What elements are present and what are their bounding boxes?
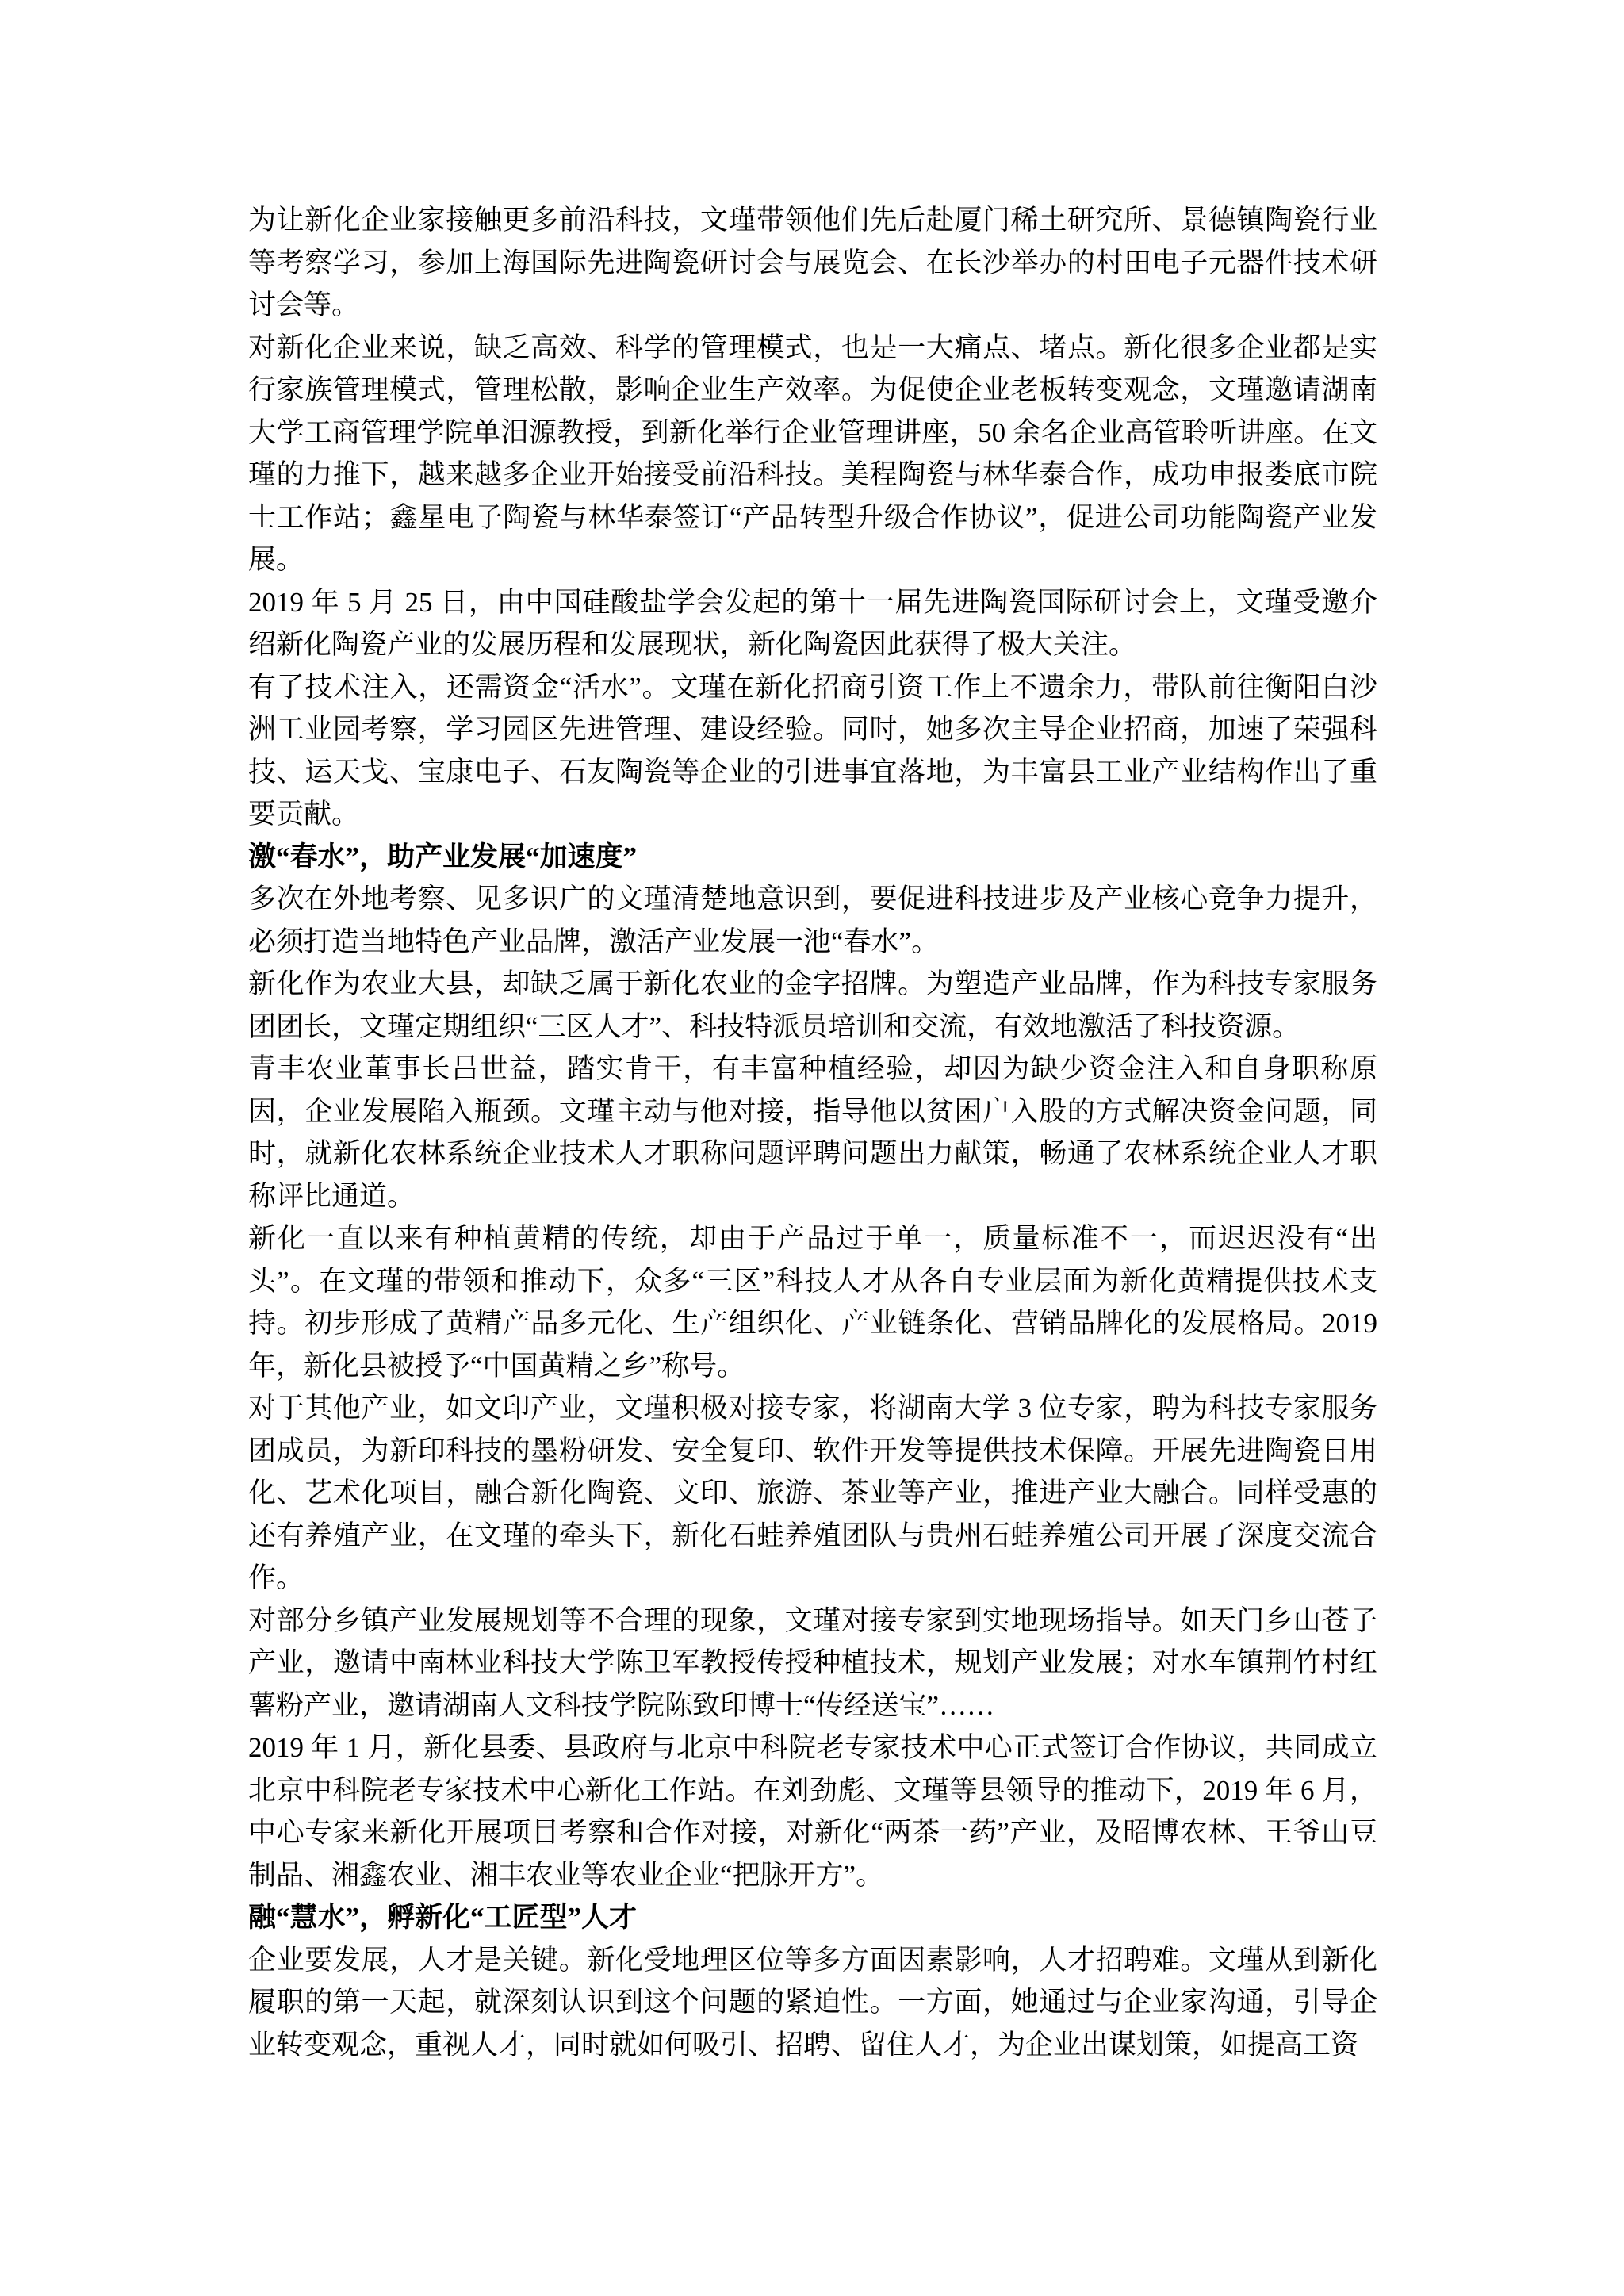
- body-paragraph: 新化作为农业大县，却缺乏属于新化农业的金字招牌。为塑造产业品牌，作为科技专家服务…: [248, 963, 1377, 1048]
- body-paragraph: 多次在外地考察、见多识广的文瑾清楚地意识到，要促进科技进步及产业核心竞争力提升，…: [248, 878, 1377, 963]
- body-paragraph: 有了技术注入，还需资金“活水”。文瑾在新化招商引资工作上不遗余力，带队前往衡阳白…: [248, 666, 1377, 836]
- body-paragraph: 对部分乡镇产业发展规划等不合理的现象，文瑾对接专家到实地现场指导。如天门乡山苍子…: [248, 1600, 1377, 1727]
- body-paragraph: 企业要发展，人才是关键。新化受地理区位等多方面因素影响，人才招聘难。文瑾从到新化…: [248, 1939, 1377, 2067]
- body-paragraph: 对新化企业来说，缺乏高效、科学的管理模式，也是一大痛点、堵点。新化很多企业都是实…: [248, 327, 1377, 581]
- document-content: 为让新化企业家接触更多前沿科技，文瑾带领他们先后赴厦门稀土研究所、景德镇陶瓷行业…: [248, 199, 1377, 2066]
- body-paragraph: 为让新化企业家接触更多前沿科技，文瑾带领他们先后赴厦门稀土研究所、景德镇陶瓷行业…: [248, 199, 1377, 327]
- section-heading: 激“春水”，助产业发展“加速度”: [248, 836, 1377, 879]
- section-heading: 融“慧水”，孵新化“工匠型”人才: [248, 1896, 1377, 1939]
- body-paragraph: 青丰农业董事长吕世益，踏实肯干，有丰富种植经验，却因为缺少资金注入和自身职称原因…: [248, 1048, 1377, 1217]
- body-paragraph: 2019 年 1 月，新化县委、县政府与北京中科院老专家技术中心正式签订合作协议…: [248, 1727, 1377, 1896]
- body-paragraph: 新化一直以来有种植黄精的传统，却由于产品过于单一，质量标准不一，而迟迟没有“出头…: [248, 1217, 1377, 1387]
- body-paragraph: 2019 年 5 月 25 日，由中国硅酸盐学会发起的第十一届先进陶瓷国际研讨会…: [248, 581, 1377, 666]
- document-page: 为让新化企业家接触更多前沿科技，文瑾带领他们先后赴厦门稀土研究所、景德镇陶瓷行业…: [0, 0, 1624, 2296]
- body-paragraph: 对于其他产业，如文印产业，文瑾积极对接专家，将湖南大学 3 位专家，聘为科技专家…: [248, 1387, 1377, 1600]
